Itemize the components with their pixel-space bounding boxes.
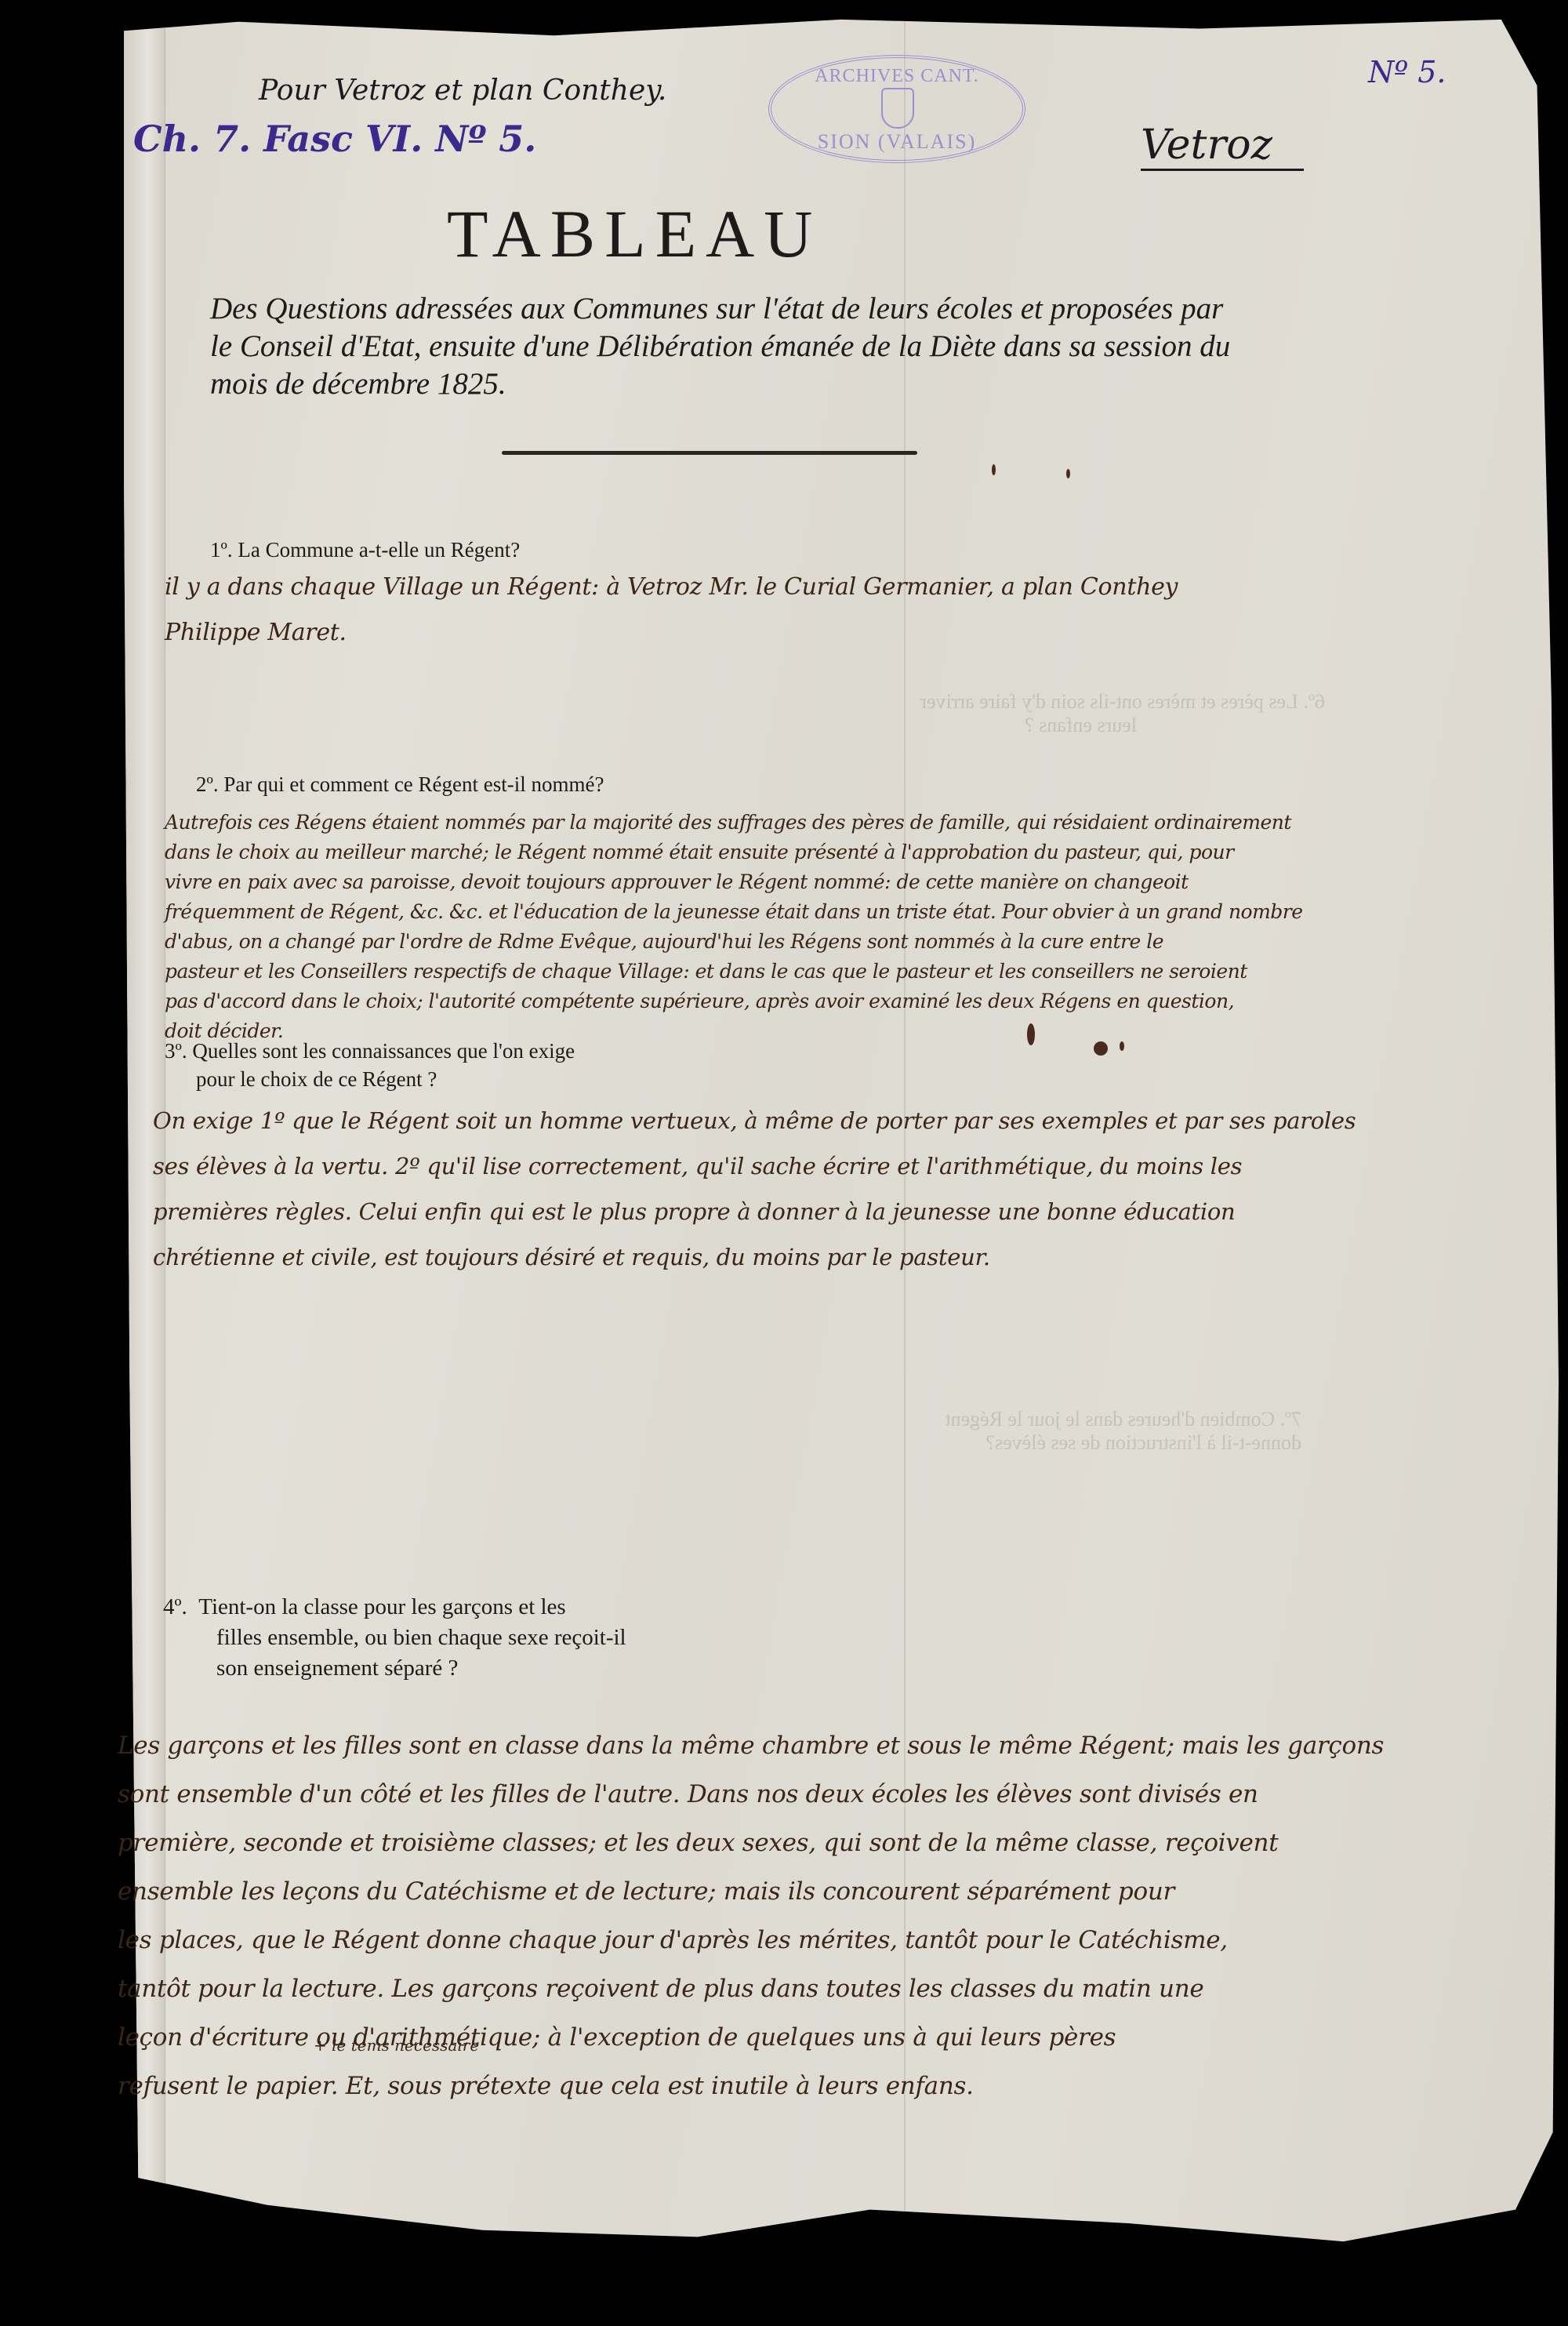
top-note: Pour Vetroz et plan Conthey.	[259, 75, 666, 107]
answer-1: il y a dans chaque Village un Régent: à …	[165, 565, 1435, 656]
document-number: Nº 5.	[1368, 55, 1446, 89]
ink-blot	[1094, 1041, 1108, 1056]
ink-blot	[1027, 1023, 1035, 1045]
crest-icon	[881, 88, 914, 129]
title-divider	[502, 451, 917, 455]
page-subtitle: Des Questions adressées aux Communes sur…	[210, 290, 1245, 403]
showthrough-q6: 6º. Les pères et mères ont-ils soin d'y …	[776, 690, 1325, 737]
question-4: 4º. Tient-on la classe pour les garçons …	[163, 1592, 626, 1684]
interlinear-insert: + le tems nécessaire	[314, 2036, 479, 2055]
ink-blot	[1120, 1041, 1124, 1051]
stamp-line-2: SION (VALAIS)	[771, 130, 1022, 154]
ink-blot	[992, 464, 996, 475]
ink-blot	[1066, 469, 1070, 478]
question-3: 3º. Quelles sont les connaissances que l…	[165, 1037, 575, 1093]
showthrough-q7: 7º. Combien d'heures dans le jour le Rég…	[792, 1408, 1301, 1455]
stamp-line-1: ARCHIVES CANT.	[771, 66, 1022, 87]
question-1: 1º. La Commune a-t-elle un Régent?	[210, 536, 520, 564]
commune-name: Vetroz	[1141, 122, 1304, 171]
question-2: 2º. Par qui et comment ce Régent est-il …	[196, 770, 604, 798]
page-title: TABLEAU	[447, 194, 822, 273]
archive-reference: Ch. 7. Fasc VI. Nº 5.	[133, 118, 536, 160]
archive-stamp: ARCHIVES CANT. SION (VALAIS)	[768, 55, 1025, 163]
answer-2: Autrefois ces Régens étaient nommés par …	[165, 808, 1497, 1046]
answer-3: On exige 1º que le Régent soit un homme …	[153, 1098, 1501, 1280]
